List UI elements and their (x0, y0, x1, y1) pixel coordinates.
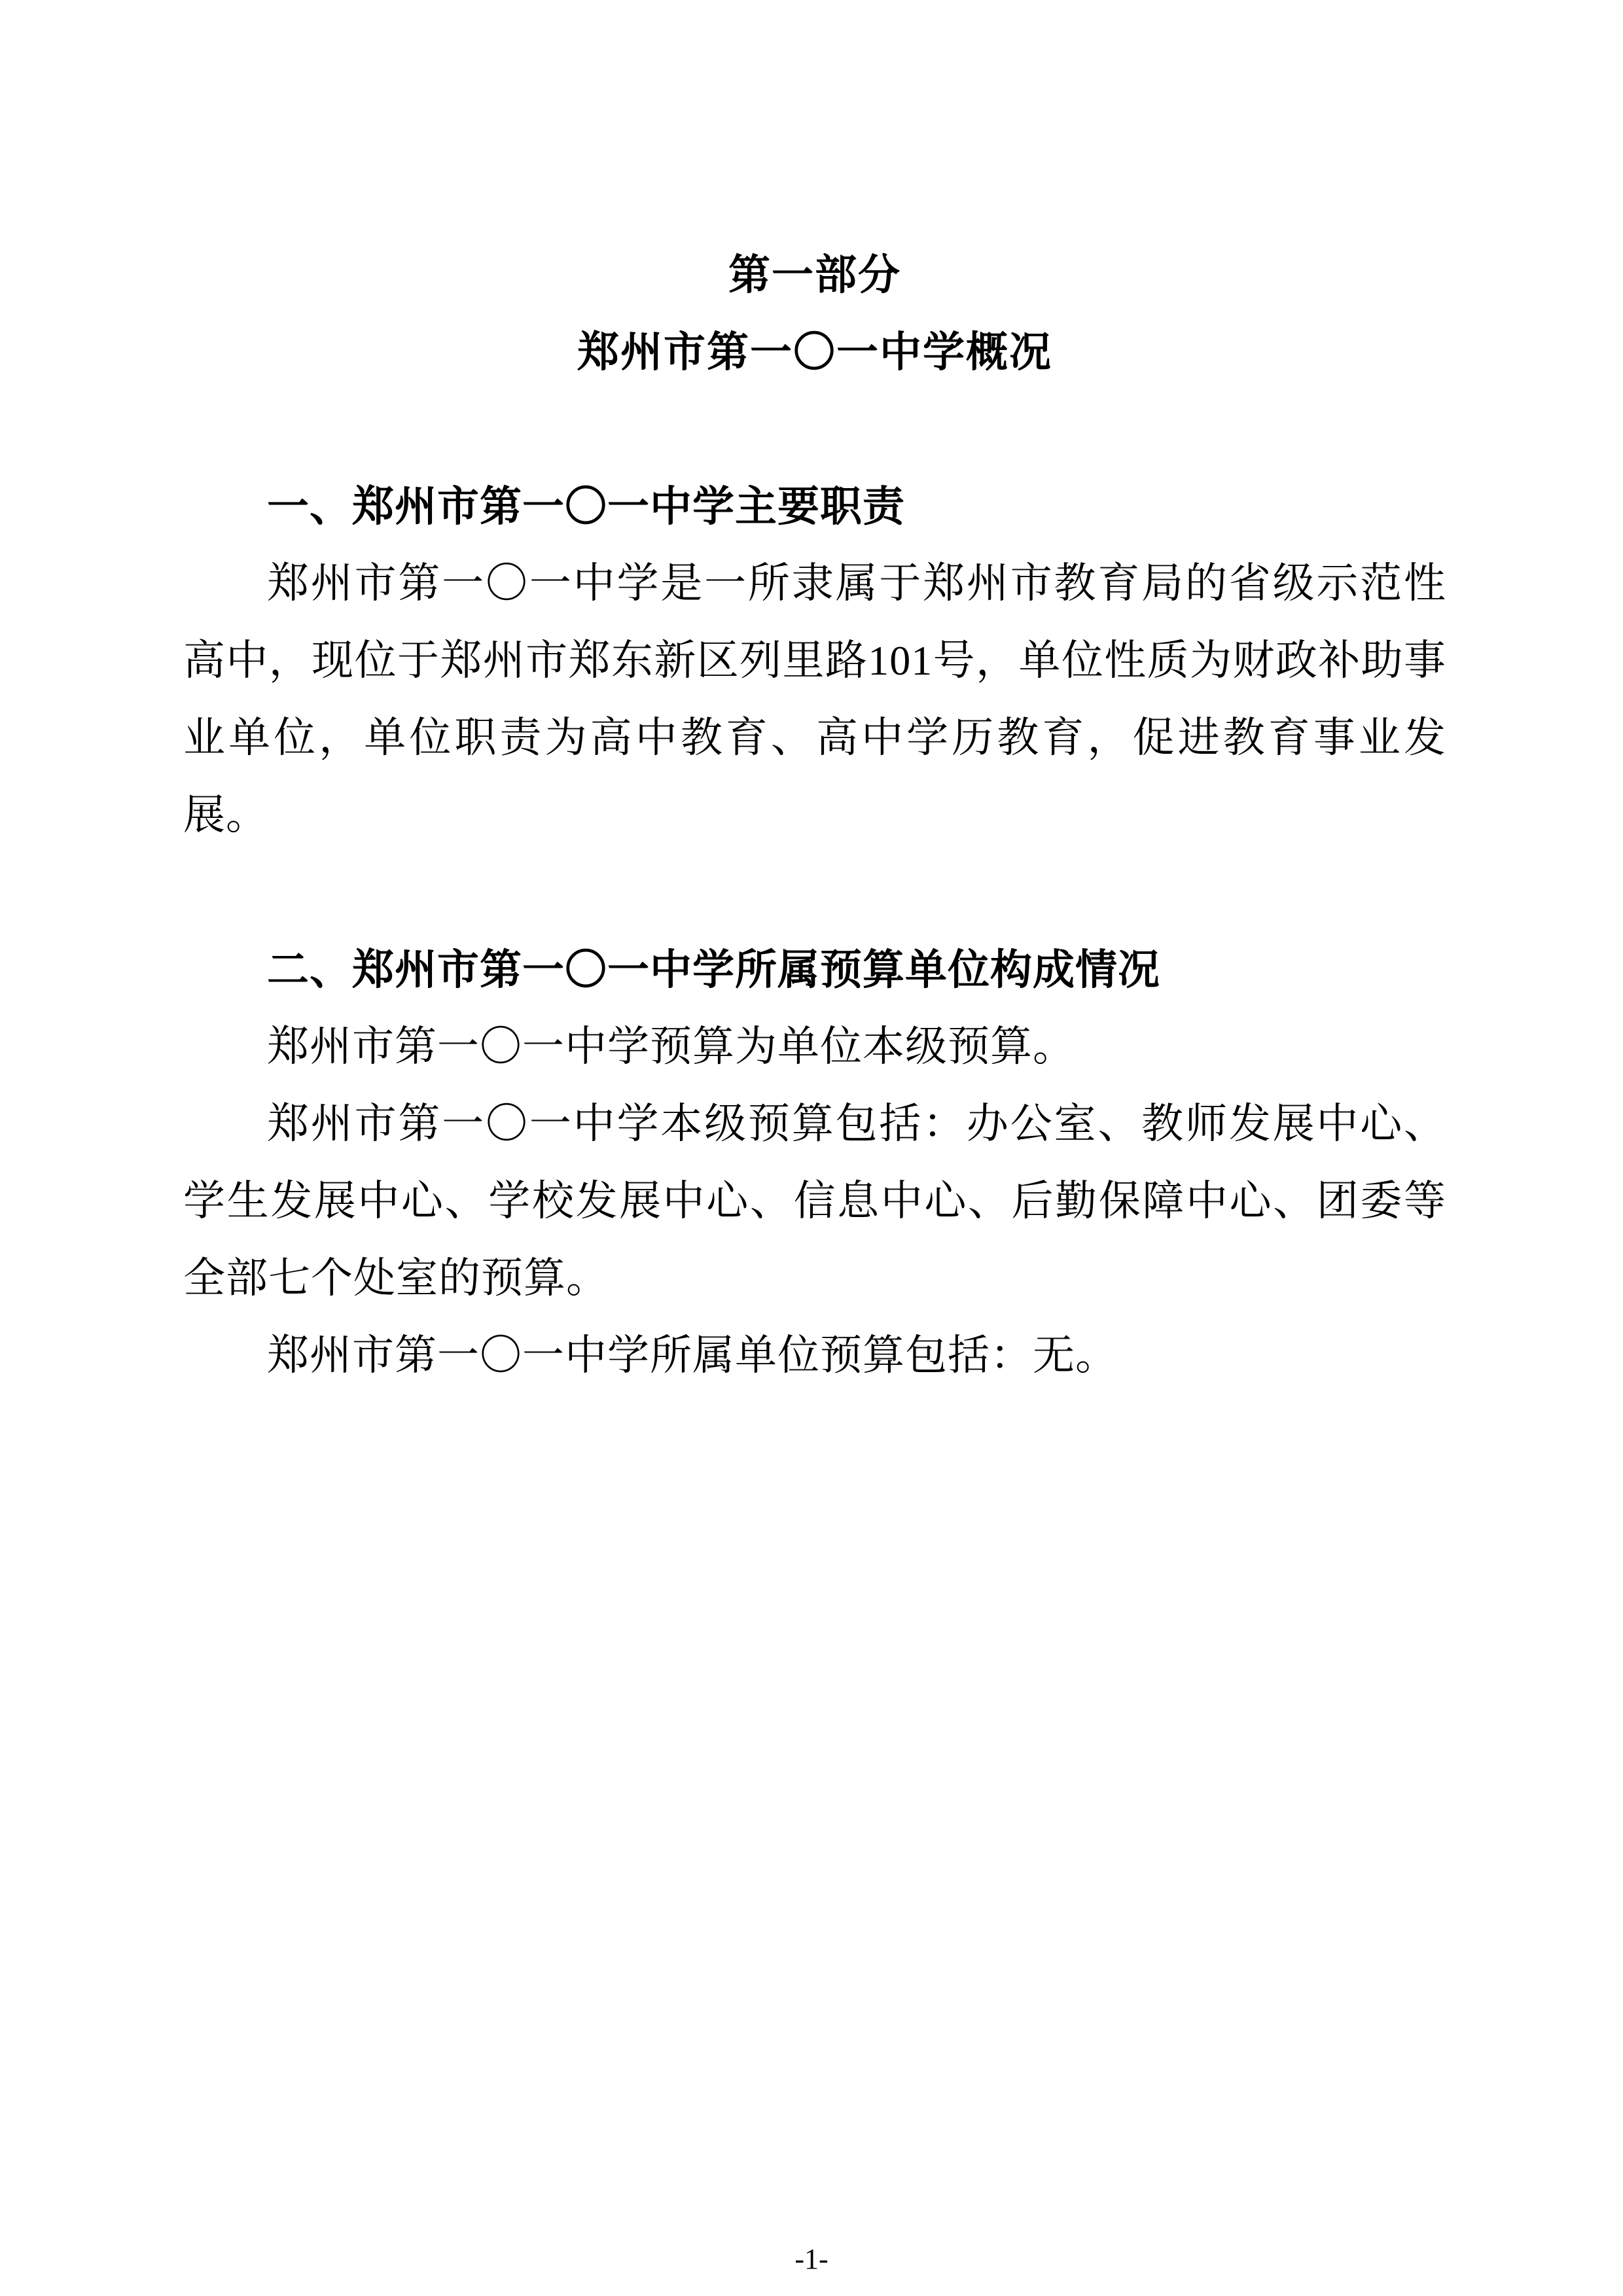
section-2-paragraph-1: 郑州市第一〇一中学预算为单位本级预算。 (183, 1008, 1446, 1086)
section-1-paragraph-1: 郑州市第一〇一中学是一所隶属于郑州市教育局的省级示范性高中，现位于郑州市郑东新区… (183, 545, 1446, 854)
document-content: 第一部分 郑州市第一〇一中学概况 一、郑州市第一〇一中学主要职责 郑州市第一〇一… (183, 236, 1446, 1394)
part-title: 第一部分 (183, 236, 1446, 313)
section-2-paragraph-3: 郑州市第一〇一中学所属单位预算包括：无。 (183, 1317, 1446, 1394)
document-subtitle: 郑州市第一〇一中学概况 (183, 313, 1446, 391)
blank-line (183, 391, 1446, 468)
page-number: -1- (0, 2243, 1623, 2276)
blank-line (183, 854, 1446, 931)
section-1-heading: 一、郑州市第一〇一中学主要职责 (183, 468, 1446, 545)
section-2-paragraph-2: 郑州市第一〇一中学本级预算包括：办公室、教师发展中心、学生发展中心、学校发展中心… (183, 1086, 1446, 1317)
section-2-heading: 二、郑州市第一〇一中学所属预算单位构成情况 (183, 931, 1446, 1008)
document-page: 第一部分 郑州市第一〇一中学概况 一、郑州市第一〇一中学主要职责 郑州市第一〇一… (0, 0, 1623, 2296)
